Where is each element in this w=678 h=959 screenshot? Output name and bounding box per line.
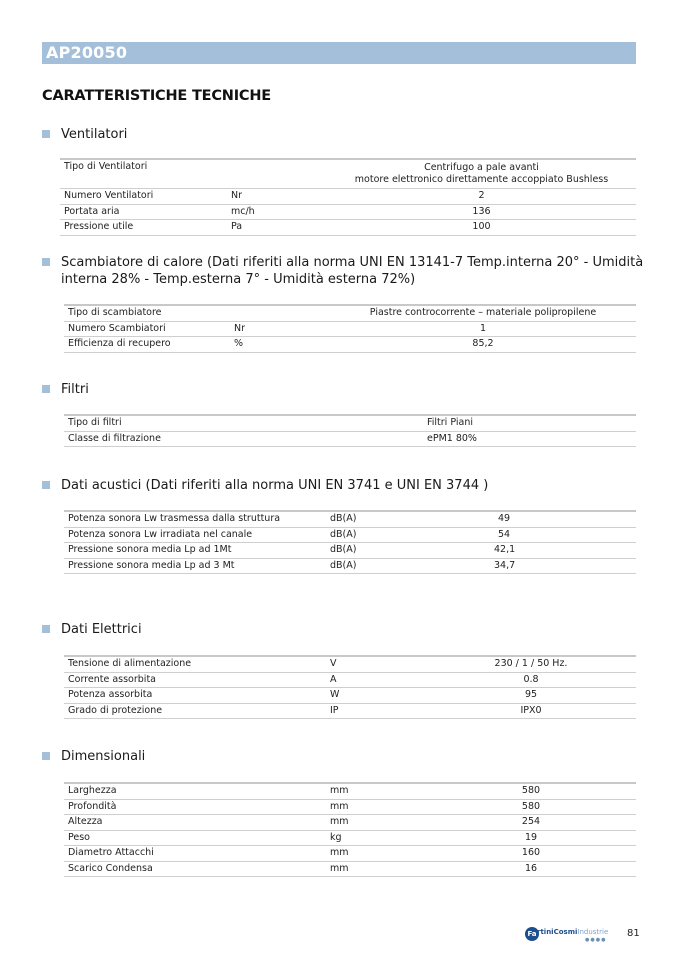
row-unit: Pa — [227, 220, 327, 236]
table-row: Diametro Attacchi mm 160 — [64, 846, 636, 862]
value-line-1: Centrifugo a pale avanti — [327, 162, 636, 174]
table-row: Potenza sonora Lw irradiata nel canale d… — [64, 527, 636, 543]
square-bullet-icon — [42, 481, 50, 489]
row-unit: W — [326, 688, 426, 704]
row-label: Pressione sonora media Lp ad 1Mt — [64, 543, 326, 559]
row-value: 136 — [327, 204, 636, 220]
row-value: 49 — [456, 511, 636, 527]
row-value: 230 / 1 / 50 Hz. — [426, 656, 636, 672]
row-value: Centrifugo a pale avanti motore elettron… — [327, 159, 636, 189]
row-unit: Nr — [227, 189, 327, 205]
logo-dots-icon: ●●●● — [585, 937, 606, 943]
row-label: Peso — [64, 830, 326, 846]
row-value: Filtri Piani — [397, 415, 636, 431]
table-row: Scarico Condensa mm 16 — [64, 861, 636, 877]
row-label: Efficienza di recupero — [64, 337, 230, 353]
acustici-table: Potenza sonora Lw trasmessa dalla strutt… — [64, 510, 636, 574]
row-unit: dB(A) — [326, 511, 456, 527]
row-value: 85,2 — [330, 337, 636, 353]
row-value: IPX0 — [426, 703, 636, 719]
row-value: 254 — [426, 815, 636, 831]
ventilatori-table: Tipo di Ventilatori Centrifugo a pale av… — [60, 158, 636, 236]
logo-brand: rtiniCosmi — [537, 928, 577, 936]
row-value: 54 — [456, 527, 636, 543]
table-row: Potenza assorbita W 95 — [64, 688, 636, 704]
table-row: Tipo di Ventilatori Centrifugo a pale av… — [60, 159, 636, 189]
row-value: 160 — [426, 846, 636, 862]
row-label: Potenza sonora Lw trasmessa dalla strutt… — [64, 511, 326, 527]
row-unit: Nr — [230, 321, 330, 337]
row-value: 34,7 — [456, 558, 636, 574]
square-bullet-icon — [42, 130, 50, 138]
row-value: ePM1 80% — [397, 431, 636, 447]
section-filtri-title: Filtri — [42, 381, 89, 398]
table-row: Tipo di scambiatore Piastre controcorren… — [64, 305, 636, 321]
row-label: Diametro Attacchi — [64, 846, 326, 862]
row-label: Altezza — [64, 815, 326, 831]
row-label: Scarico Condensa — [64, 861, 326, 877]
square-bullet-icon — [42, 752, 50, 760]
section-elettrici-title: Dati Elettrici — [42, 621, 142, 638]
table-row: Pressione sonora media Lp ad 3 Mt dB(A) … — [64, 558, 636, 574]
row-label: Numero Ventilatori — [60, 189, 227, 205]
row-unit: dB(A) — [326, 558, 456, 574]
fantini-cosmi-logo: Fa rtiniCosmiIndustrie ●●●● — [525, 926, 610, 942]
row-value: 2 — [327, 189, 636, 205]
dimensionali-table: Larghezza mm 580 Profondità mm 580 Altez… — [64, 782, 636, 877]
row-unit: mc/h — [227, 204, 327, 220]
page-number: 81 — [627, 928, 640, 939]
table-row: Pressione sonora media Lp ad 1Mt dB(A) 4… — [64, 543, 636, 559]
table-row: Tensione di alimentazione V 230 / 1 / 50… — [64, 656, 636, 672]
row-unit: mm — [326, 799, 426, 815]
square-bullet-icon — [42, 258, 50, 266]
row-unit: mm — [326, 846, 426, 862]
table-row: Peso kg 19 — [64, 830, 636, 846]
row-value: 95 — [426, 688, 636, 704]
square-bullet-icon — [42, 625, 50, 633]
row-label: Tipo di filtri — [64, 415, 397, 431]
row-value: 19 — [426, 830, 636, 846]
row-label: Numero Scambiatori — [64, 321, 230, 337]
row-label: Corrente assorbita — [64, 672, 326, 688]
table-row: Numero Scambiatori Nr 1 — [64, 321, 636, 337]
row-label: Profondità — [64, 799, 326, 815]
row-unit: mm — [326, 783, 426, 799]
row-label: Potenza assorbita — [64, 688, 326, 704]
table-row: Larghezza mm 580 — [64, 783, 636, 799]
table-row: Numero Ventilatori Nr 2 — [60, 189, 636, 205]
row-unit: dB(A) — [326, 543, 456, 559]
row-unit: IP — [326, 703, 426, 719]
row-label: Tipo di scambiatore — [64, 305, 230, 321]
table-row: Tipo di filtri Filtri Piani — [64, 415, 636, 431]
section-scambiatore-title: Scambiatore di calore (Dati riferiti all… — [42, 254, 643, 288]
row-unit: A — [326, 672, 426, 688]
table-row: Altezza mm 254 — [64, 815, 636, 831]
filtri-table: Tipo di filtri Filtri Piani Classe di fi… — [64, 414, 636, 447]
table-row: Pressione utile Pa 100 — [60, 220, 636, 236]
row-value: 42,1 — [456, 543, 636, 559]
row-value: 1 — [330, 321, 636, 337]
scambiatore-table: Tipo di scambiatore Piastre controcorren… — [64, 304, 636, 353]
row-label: Pressione sonora media Lp ad 3 Mt — [64, 558, 326, 574]
row-value: Piastre controcorrente – materiale polip… — [330, 305, 636, 321]
row-unit: kg — [326, 830, 426, 846]
row-label: Pressione utile — [60, 220, 227, 236]
row-label: Grado di protezione — [64, 703, 326, 719]
row-value: 0.8 — [426, 672, 636, 688]
row-label: Tipo di Ventilatori — [60, 159, 227, 189]
row-label: Portata aria — [60, 204, 227, 220]
page-title: CARATTERISTICHE TECNICHE — [42, 88, 271, 104]
row-unit — [230, 305, 330, 321]
model-header-bar: AP20050 — [42, 42, 636, 64]
table-row: Efficienza di recupero % 85,2 — [64, 337, 636, 353]
row-unit: % — [230, 337, 330, 353]
model-code: AP20050 — [46, 43, 127, 62]
row-unit — [227, 159, 327, 189]
square-bullet-icon — [42, 385, 50, 393]
table-row: Profondità mm 580 — [64, 799, 636, 815]
row-label: Classe di filtrazione — [64, 431, 397, 447]
row-value: 580 — [426, 799, 636, 815]
row-value: 580 — [426, 783, 636, 799]
row-label: Potenza sonora Lw irradiata nel canale — [64, 527, 326, 543]
row-unit: mm — [326, 861, 426, 877]
value-line-2: motore elettronico direttamente accoppia… — [327, 174, 636, 186]
table-row: Grado di protezione IP IPX0 — [64, 703, 636, 719]
row-value: 16 — [426, 861, 636, 877]
table-row: Classe di filtrazione ePM1 80% — [64, 431, 636, 447]
row-value: 100 — [327, 220, 636, 236]
row-label: Tensione di alimentazione — [64, 656, 326, 672]
logo-suffix: Industrie — [577, 928, 608, 936]
row-unit: mm — [326, 815, 426, 831]
section-dimensionali-title: Dimensionali — [42, 748, 145, 765]
table-row: Potenza sonora Lw trasmessa dalla strutt… — [64, 511, 636, 527]
table-row: Portata aria mc/h 136 — [60, 204, 636, 220]
table-row: Corrente assorbita A 0.8 — [64, 672, 636, 688]
section-acustici-title: Dati acustici (Dati riferiti alla norma … — [42, 477, 488, 494]
row-unit: V — [326, 656, 426, 672]
row-label: Larghezza — [64, 783, 326, 799]
row-unit: dB(A) — [326, 527, 456, 543]
elettrici-table: Tensione di alimentazione V 230 / 1 / 50… — [64, 655, 636, 719]
section-ventilatori-title: Ventilatori — [42, 126, 127, 143]
